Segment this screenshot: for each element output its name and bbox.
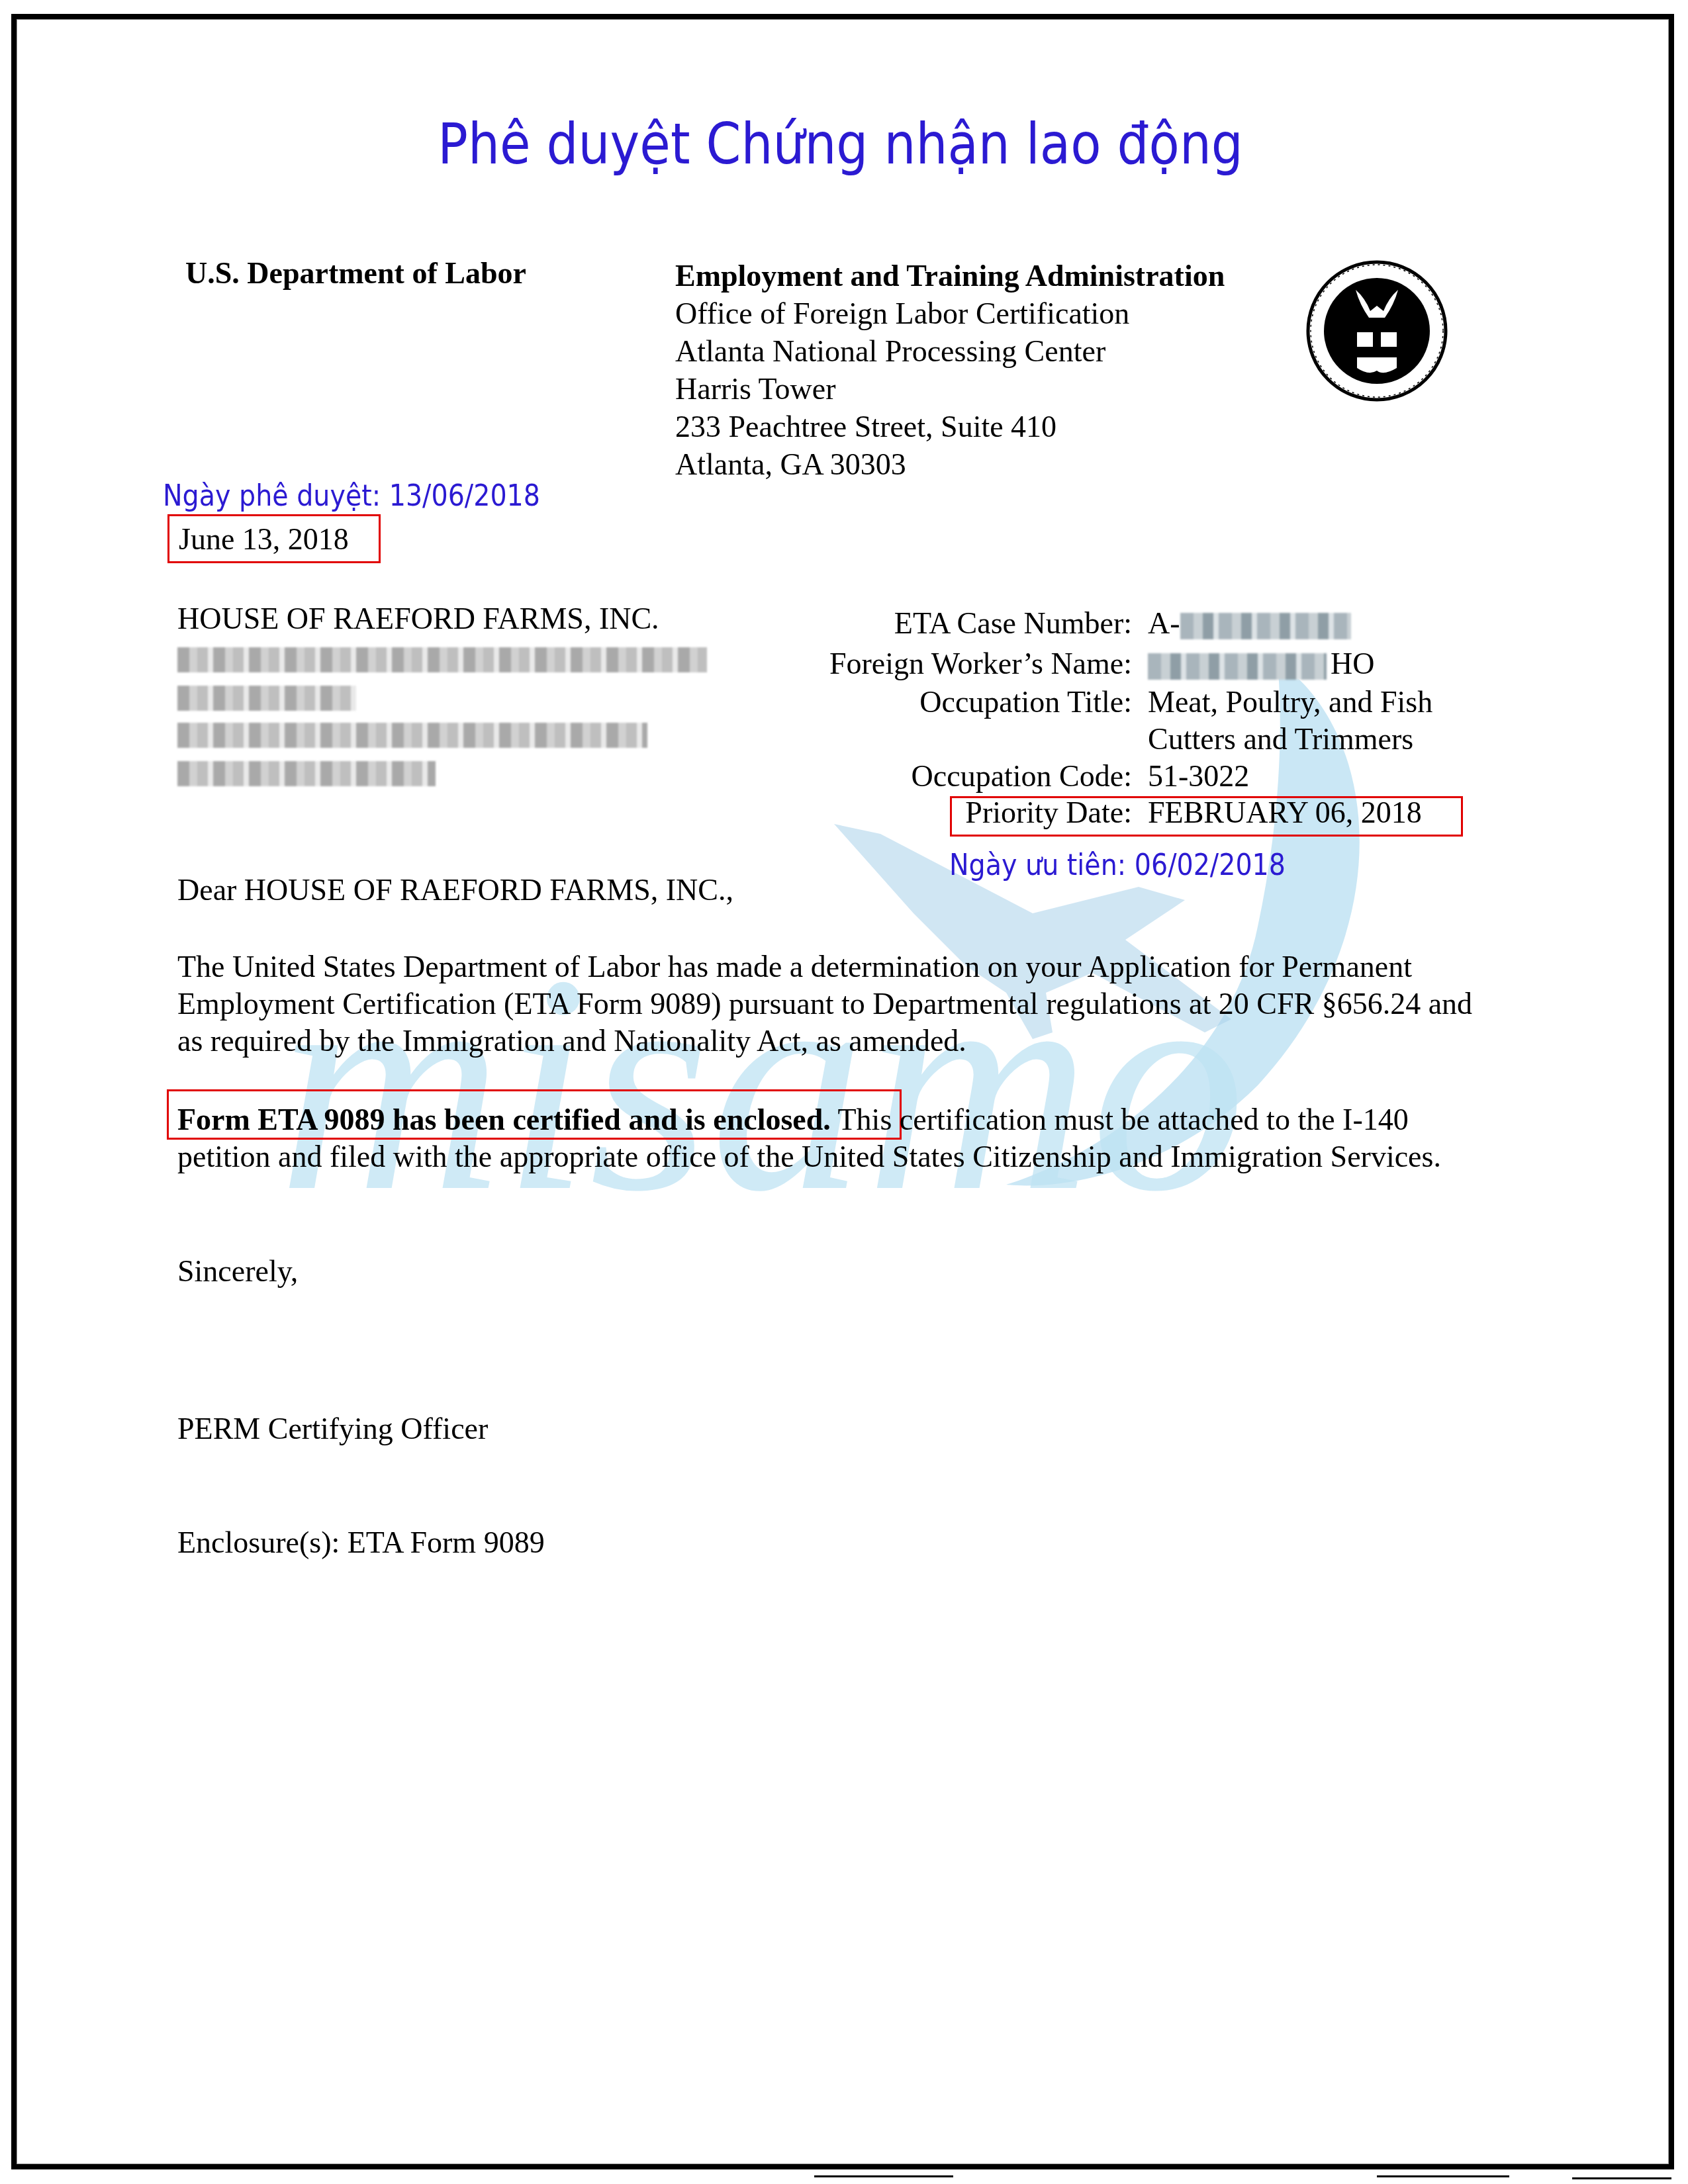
scan-artifact bbox=[814, 2175, 953, 2177]
center-name: Atlanta National Processing Center bbox=[675, 332, 1225, 370]
letter-date: June 13, 2018 bbox=[179, 522, 349, 557]
agency-address-block: Employment and Training Administration O… bbox=[675, 257, 1225, 483]
scan-artifact bbox=[1377, 2175, 1509, 2177]
occupation-title-value-cont: Cutters and Trimmers bbox=[1148, 721, 1413, 756]
closing: Sincerely, bbox=[177, 1253, 298, 1289]
signer-title: PERM Certifying Officer bbox=[177, 1411, 488, 1446]
building-name: Harris Tower bbox=[675, 370, 1225, 408]
worker-name-value: HO bbox=[1148, 646, 1374, 681]
priority-date-note: Ngày ưu tiên: 06/02/2018 bbox=[949, 848, 1286, 882]
occupation-title-label: Occupation Title: bbox=[919, 684, 1132, 719]
occupation-title-value: Meat, Poultry, and Fish bbox=[1148, 684, 1432, 719]
certified-statement: Form ETA 9089 has been certified and is … bbox=[177, 1103, 831, 1136]
occupation-code-value: 51-3022 bbox=[1148, 758, 1249, 794]
city-state-zip: Atlanta, GA 30303 bbox=[675, 445, 1225, 483]
occupation-title-row: Occupation Title: Meat, Poultry, and Fis… bbox=[0, 684, 1688, 721]
page-title: Phê duyệt Chứng nhận lao động bbox=[98, 111, 1583, 177]
case-number-value: A- bbox=[1148, 606, 1355, 641]
worker-name-row: Foreign Worker’s Name: HO bbox=[0, 646, 1688, 683]
department-name: U.S. Department of Labor bbox=[185, 255, 526, 291]
redacted-case-number bbox=[1180, 613, 1351, 639]
occupation-title-row-cont: Cutters and Trimmers bbox=[0, 721, 1688, 758]
occupation-code-row: Occupation Code: 51-3022 bbox=[0, 758, 1688, 796]
case-number-label: ETA Case Number: bbox=[894, 606, 1132, 641]
priority-date-highlight-box bbox=[950, 796, 1463, 837]
office-name: Office of Foreign Labor Certification bbox=[675, 295, 1225, 332]
occupation-code-label: Occupation Code: bbox=[912, 758, 1132, 794]
enclosure-line: Enclosure(s): ETA Form 9089 bbox=[177, 1525, 545, 1560]
approval-date-note: Ngày phê duyệt: 13/06/2018 bbox=[163, 479, 540, 513]
worker-name-label: Foreign Worker’s Name: bbox=[829, 646, 1132, 681]
certification-paragraph: Form ETA 9089 has been certified and is … bbox=[177, 1101, 1475, 1175]
salutation: Dear HOUSE OF RAEFORD FARMS, INC., bbox=[177, 872, 733, 907]
worker-surname: HO bbox=[1331, 647, 1374, 680]
scan-artifact bbox=[1572, 2177, 1671, 2179]
case-number-row: ETA Case Number: A- bbox=[0, 606, 1688, 643]
dol-seal-icon bbox=[1304, 258, 1450, 404]
agency-name: Employment and Training Administration bbox=[675, 257, 1225, 295]
redacted-worker-name bbox=[1148, 653, 1327, 680]
determination-paragraph: The United States Department of Labor ha… bbox=[177, 948, 1475, 1060]
case-number-prefix: A- bbox=[1148, 606, 1180, 640]
street-address: 233 Peachtree Street, Suite 410 bbox=[675, 408, 1225, 445]
